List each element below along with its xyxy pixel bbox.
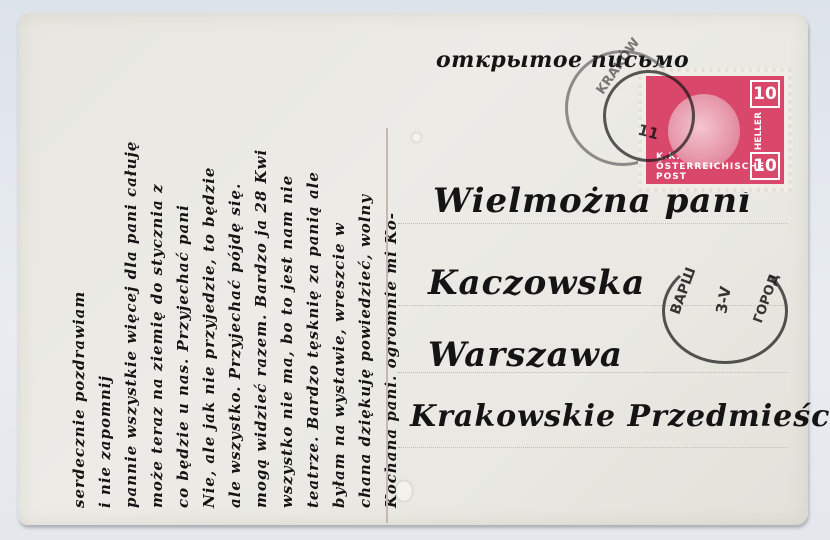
- stamp-denomination-top: 10: [750, 80, 780, 108]
- message-line: i nie zapomnij: [96, 375, 114, 508]
- message-line: co będzie u nas. Przyjechać pani: [174, 204, 192, 508]
- paper-blemish: [412, 133, 421, 142]
- arrival-postmark-date: 3-V: [712, 285, 734, 315]
- message-line: Kochana pani. ogromnie mi Ko-: [382, 212, 400, 508]
- arrival-postmark: ВАРШ 3-V ГОРОД: [662, 258, 788, 364]
- stamp-caption: K.K. ÖSTERREICHISCHE POST: [656, 152, 784, 182]
- address-city: Warszawa: [428, 335, 623, 375]
- message-line: może teraz na ziemię do stycznia z: [148, 184, 166, 508]
- address-line-1: [398, 223, 788, 224]
- message-line: ale wszystko. Przyjechać pójdę się.: [226, 183, 244, 508]
- postcard-divider-line: [386, 128, 388, 523]
- arrival-postmark-right: ГОРОД: [751, 272, 783, 326]
- message-line: pannie wszystkie więcej dla pani całuję: [122, 141, 140, 508]
- address-street: Krakowskie Przedmieście 21: [410, 399, 830, 434]
- stamp-cancellation-date: 11: [636, 121, 661, 144]
- stamp-cancellation: 11: [603, 70, 695, 162]
- message-line: Nie, ale jak nie przyjedzie, to będzie: [200, 167, 218, 508]
- address-line-4: [398, 447, 788, 448]
- paper-blemish: [396, 481, 412, 501]
- message-line: mogą widzieć razem. Bardzo ja 28 Kwi: [252, 149, 270, 508]
- address-name: Kaczowska: [428, 263, 645, 303]
- message-area: Kochana pani. ogromnie mi Ko-chana dzięk…: [42, 38, 402, 508]
- message-line: teatrze. Bardzo tęsknię za panią ale: [304, 171, 322, 508]
- message-line: byłam na wystawie, wreszcie w: [330, 222, 348, 508]
- message-line: wszystko nie ma, bo to jest nam nie: [278, 175, 296, 508]
- stamp-currency: HELLER: [754, 112, 780, 150]
- message-line: chana dziękuję powiedzieć, wolny: [356, 194, 374, 508]
- message-line: serdecznie pozdrawiam: [70, 291, 88, 508]
